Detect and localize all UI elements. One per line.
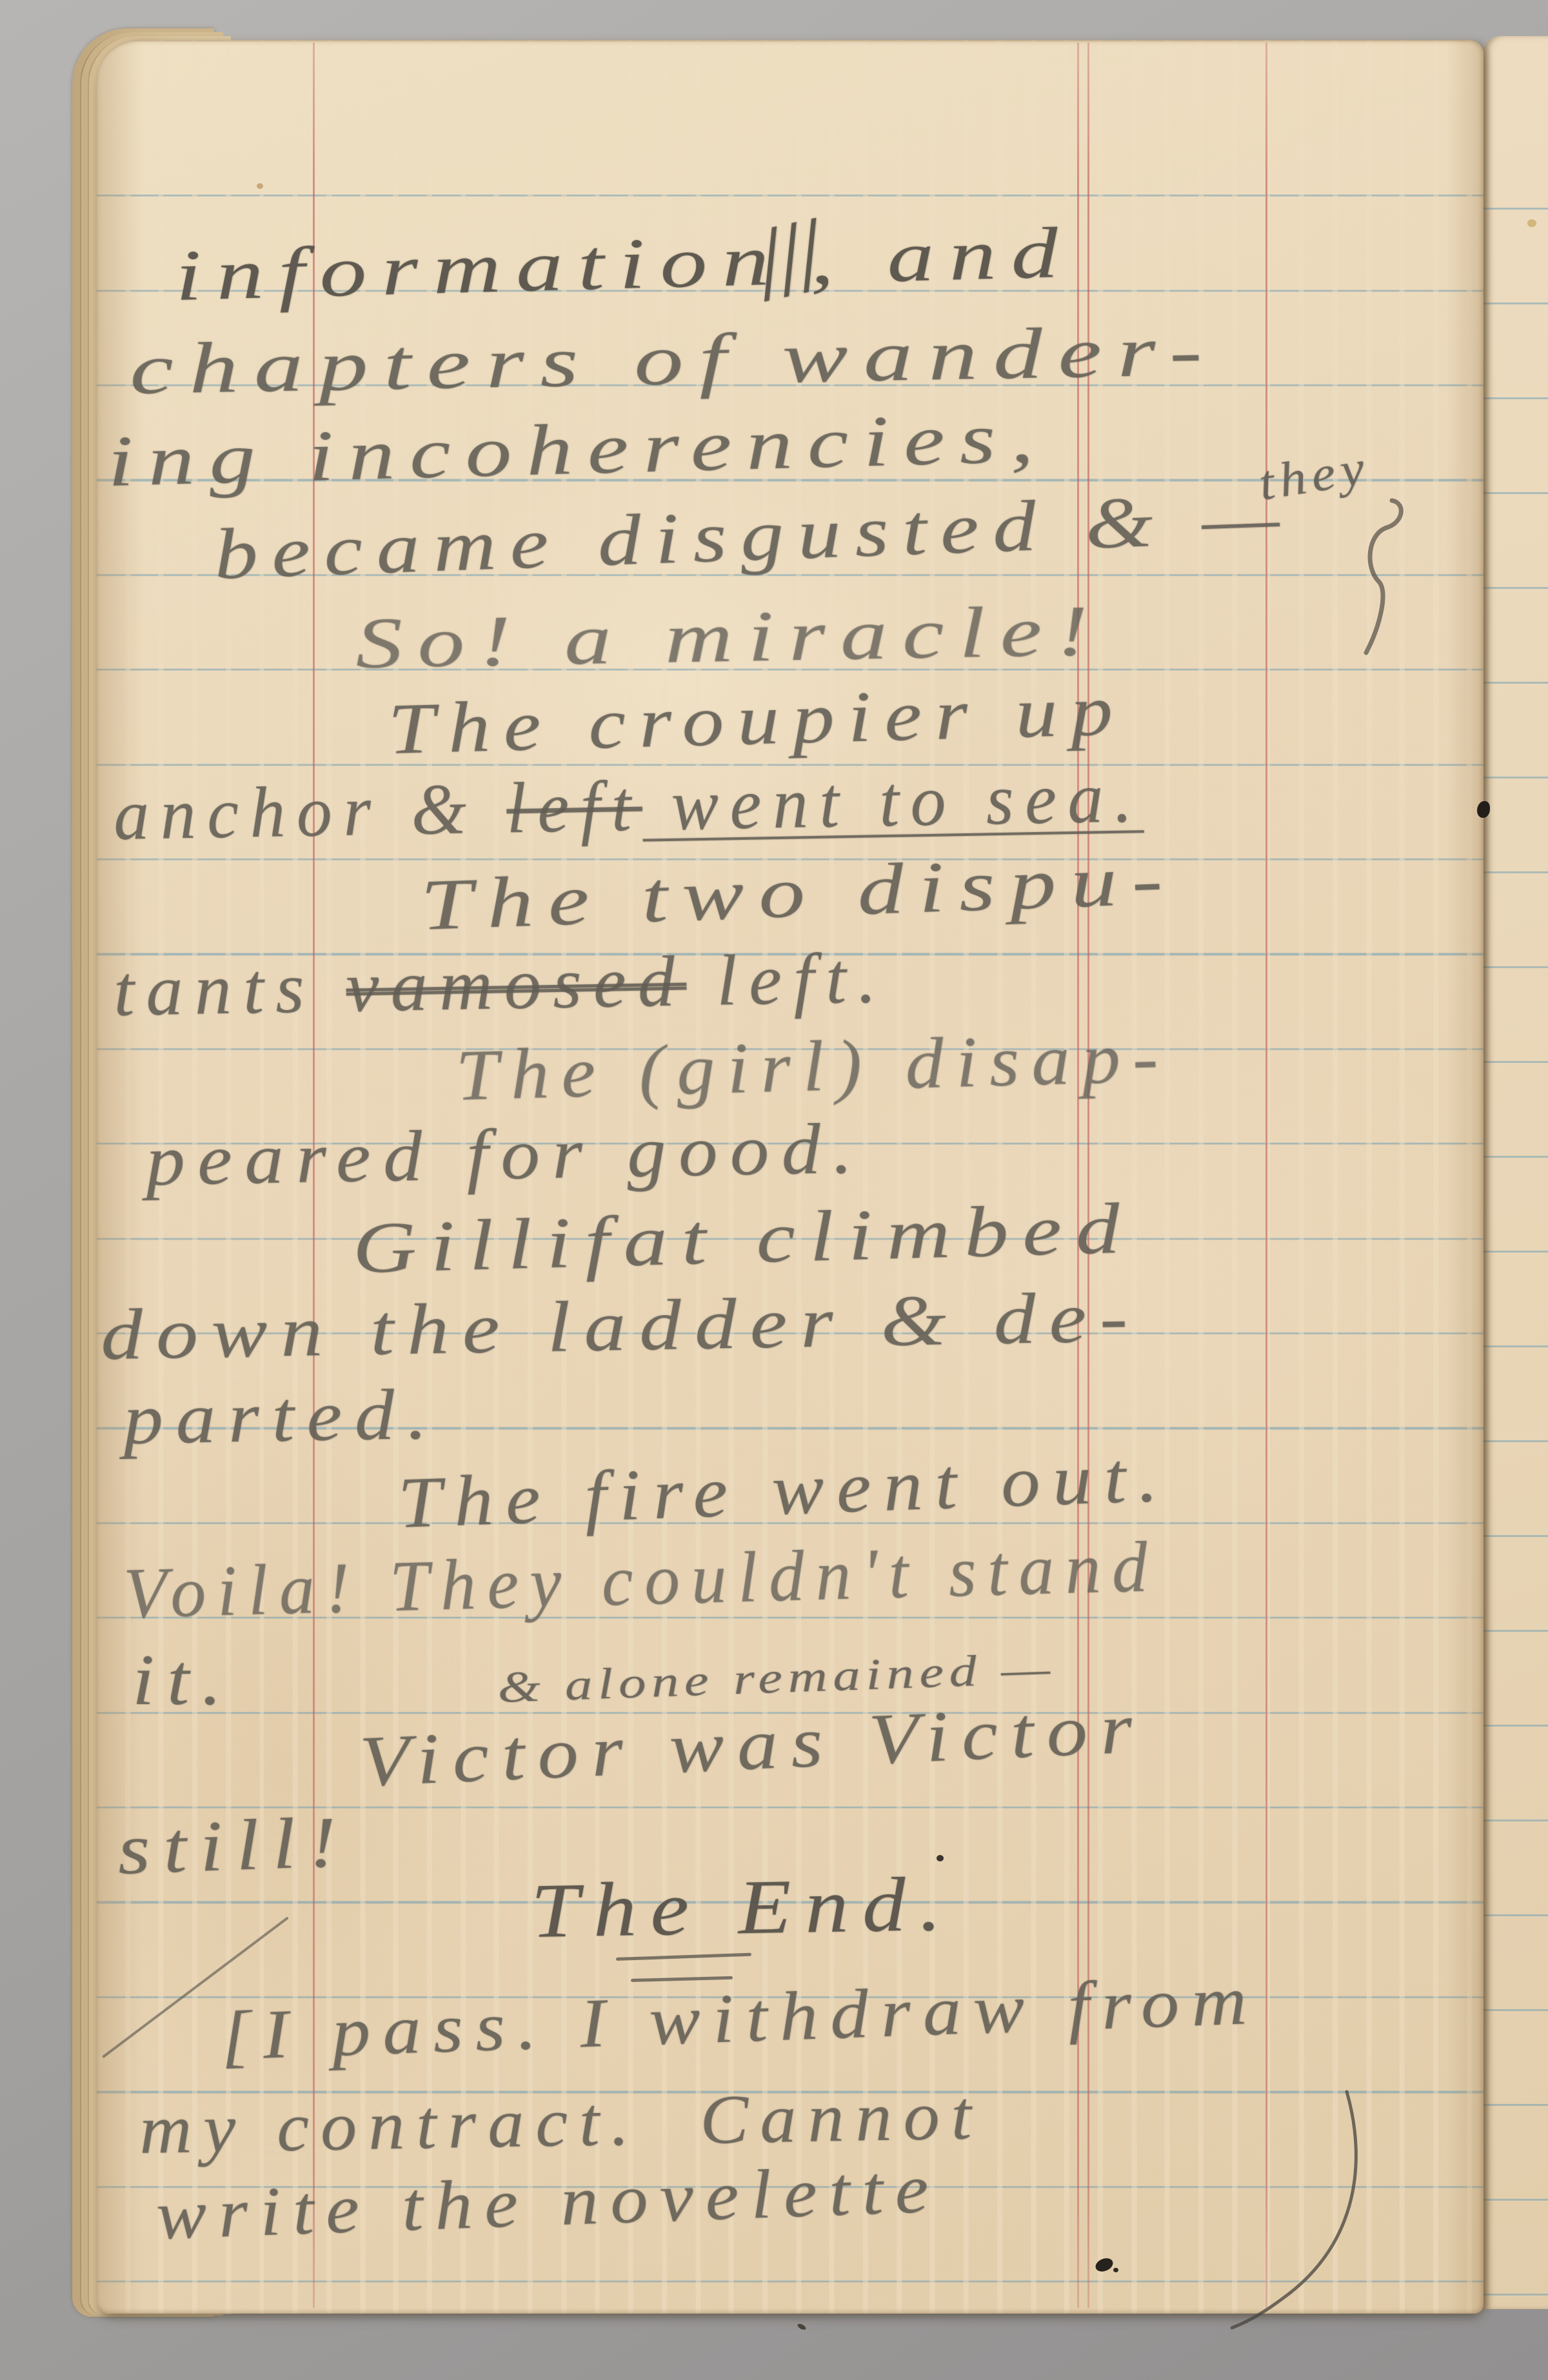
word: it. <box>132 1640 234 1720</box>
scanned-notebook-page: information///, and chapters of wander- … <box>0 0 1548 2380</box>
next-page-edge <box>1483 36 1548 2309</box>
word: still! <box>116 1801 351 1889</box>
word: Gillifat climbed <box>352 1188 1135 1289</box>
ink-speck-small <box>937 1855 944 1861</box>
handwriting-line-11: peared for good. <box>145 1105 866 1205</box>
red-margin-line-right <box>1265 43 1267 2308</box>
word: , and <box>809 213 1074 300</box>
word: left. <box>686 938 889 1021</box>
paper-stain-dot <box>1527 219 1536 227</box>
ink-speck <box>1113 2268 1118 2272</box>
word: The End. <box>530 1861 956 1954</box>
word: anchor & <box>113 768 507 855</box>
word: information <box>174 220 785 316</box>
paper-stain-dot <box>257 183 263 189</box>
bottom-flourish-stroke <box>1213 2087 1380 2332</box>
handwriting-line-13: down the ladder & de- <box>100 1273 1142 1380</box>
struck-word-vamosed: vamosed <box>345 941 687 1027</box>
handwriting-line-17: it. <box>132 1636 234 1725</box>
handwriting-line-14: parted. <box>123 1370 441 1463</box>
paragraph-end-flourish <box>1342 497 1419 658</box>
word: tants <box>113 947 347 1031</box>
handwriting-line-10: The (girl) disap- <box>455 1013 1171 1120</box>
word: The croupier up <box>387 670 1127 769</box>
word: The (girl) disap- <box>455 1017 1171 1116</box>
word: parted. <box>123 1374 441 1460</box>
word: went to sea. <box>642 757 1144 846</box>
struck-word-left: left <box>506 766 643 849</box>
word: chapters of wander- <box>129 311 1218 410</box>
handwriting-line-the-end: The End. <box>530 1857 956 1959</box>
handwriting-line-09: tants vamosed left. <box>113 934 889 1036</box>
handwriting-line-19: still! <box>116 1798 351 1894</box>
word: down the ladder & de- <box>100 1277 1142 1375</box>
word: peared for good. <box>145 1109 866 1201</box>
